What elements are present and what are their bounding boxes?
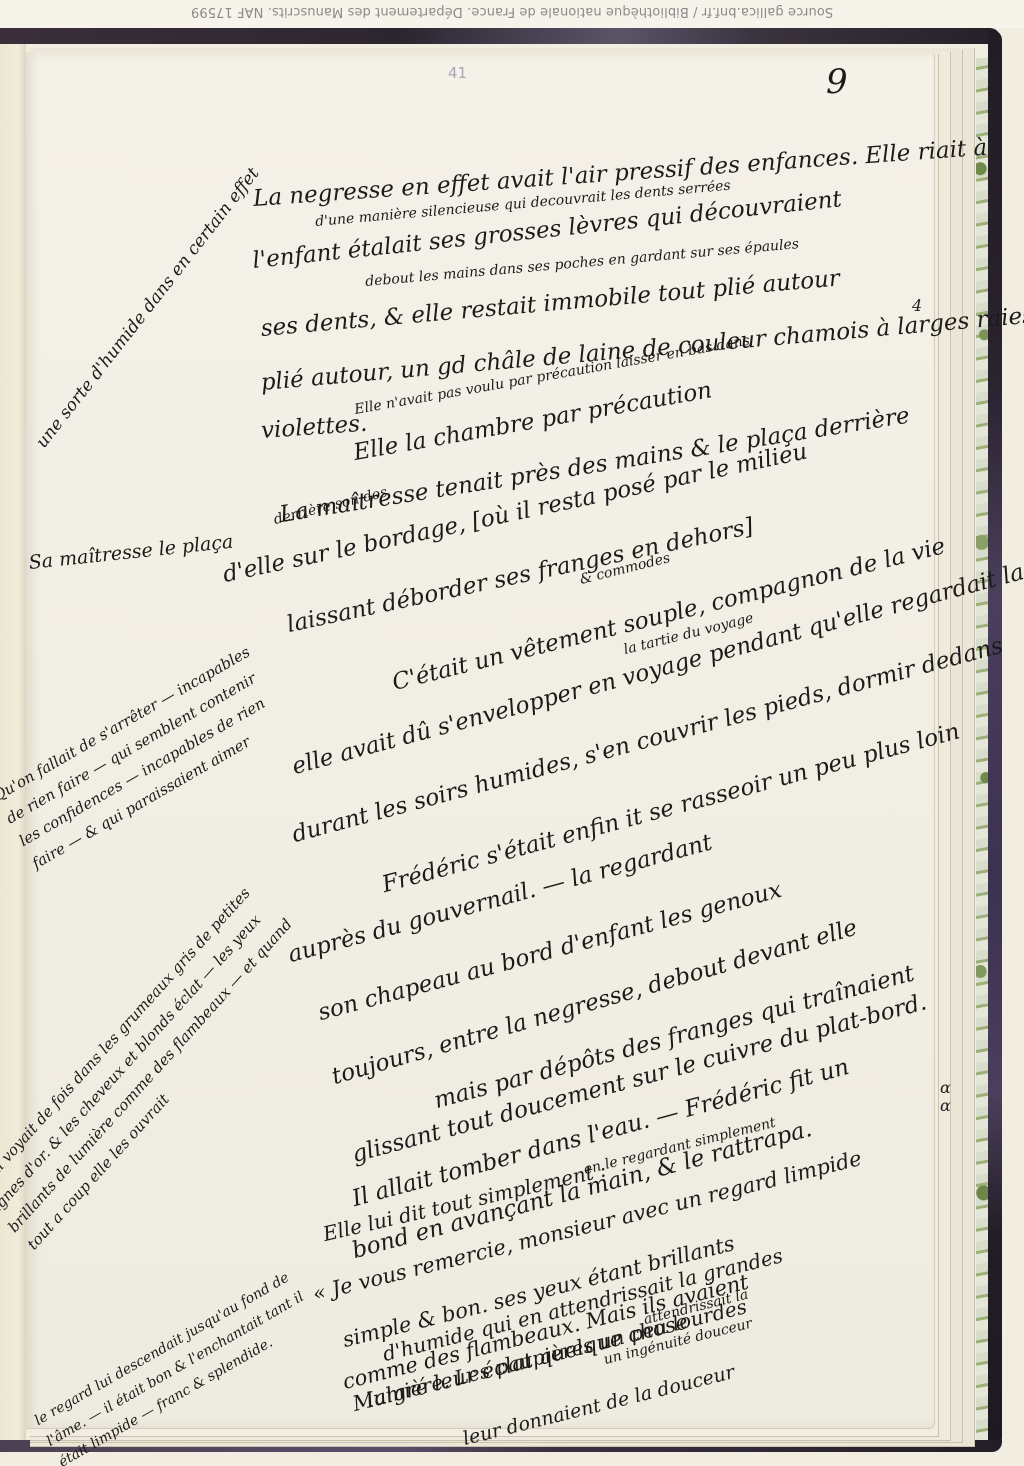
text-line: violettes. [260,411,368,444]
cover-right-edge [988,30,1002,1448]
cover-top-edge [0,28,1000,44]
margin-note: une sorte d'humide dans en certain effet [32,164,263,452]
margin-note: on lui voyait de fois dans les grumeaux … [0,874,321,1256]
margin-note: Qu'on fallait de s'arrêter — incapables … [0,636,300,876]
source-banner-bar: Source gallica.bnf.fr / Bibliothèque nat… [0,0,1024,28]
edge-mark: α [940,1078,951,1097]
pencil-folio-number: 41 [448,64,467,82]
edge-mark: 4 [912,296,922,315]
page-number: 9 [826,62,848,102]
margin-note: Sa maîtresse le plaça [28,531,235,574]
manuscript-page: 41 9 La negresse en effet avait l'air pr… [26,52,935,1429]
source-banner-text: Source gallica.bnf.fr / Bibliothèque nat… [0,4,1024,19]
edge-mark: ɑ [940,1096,951,1115]
